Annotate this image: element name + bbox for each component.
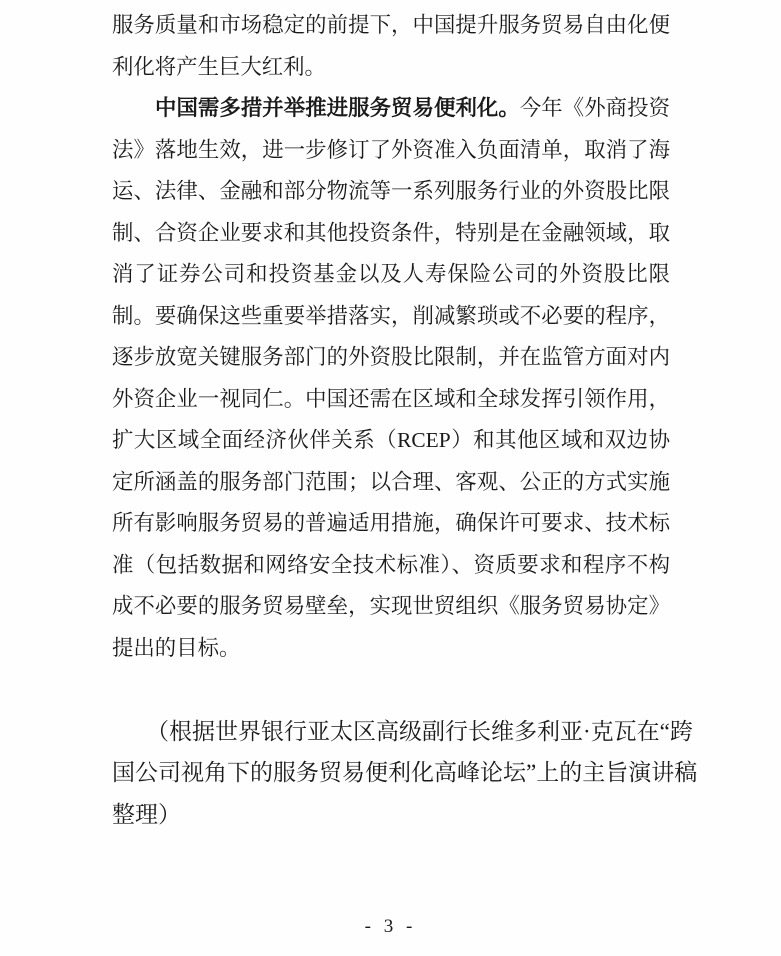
text-run: 国公司视角下的服务贸易便利化高峰论坛”上的主旨演讲稿 bbox=[112, 760, 697, 785]
document-body: 服务质量和市场稳定的前提下，中国提升服务贸易自由化便利化将产生巨大红利。中国需多… bbox=[112, 5, 670, 835]
text-line: 所有影响服务贸易的普遍适用措施，确保许可要求、技术标 bbox=[112, 503, 670, 545]
text-run: 所有影响服务贸易的普遍适用措施，确保许可要求、技术标 bbox=[112, 511, 670, 535]
text-run: 消了证券公司和投资基金以及人寿保险公司的外资股比限 bbox=[112, 262, 670, 286]
document-page: { "page": { "colors": { "background": "#… bbox=[0, 0, 781, 956]
text-line: 制。要确保这些重要举措落实，削减繁琐或不必要的程序， bbox=[112, 296, 670, 338]
text-line: （根据世界银行亚太区高级副行长维多利亚·克瓦在“跨 bbox=[112, 711, 670, 753]
para-intro-continuation: 服务质量和市场稳定的前提下，中国提升服务贸易自由化便利化将产生巨大红利。 bbox=[112, 5, 670, 88]
text-run: 运、法律、金融和部分物流等一系列服务行业的外资股比限 bbox=[112, 179, 670, 203]
text-line: 制、合资企业要求和其他投资条件，特别是在金融领域，取 bbox=[112, 213, 670, 255]
text-run: 制、合资企业要求和其他投资条件，特别是在金融领域，取 bbox=[112, 221, 670, 245]
bold-run: 中国需多措并举推进服务贸易便利化。 bbox=[155, 96, 520, 120]
text-line: 整理） bbox=[112, 794, 670, 836]
text-line: 利化将产生巨大红利。 bbox=[112, 47, 670, 89]
text-run: 准（包括数据和网络安全技术标准）、资质要求和程序不构 bbox=[112, 553, 670, 577]
paragraph-spacer bbox=[112, 669, 670, 711]
text-line: 运、法律、金融和部分物流等一系列服务行业的外资股比限 bbox=[112, 171, 670, 213]
text-line: 提出的目标。 bbox=[112, 628, 670, 670]
text-run: 今年《外商投资 bbox=[520, 96, 670, 120]
text-line: 服务质量和市场稳定的前提下，中国提升服务贸易自由化便 bbox=[112, 5, 670, 47]
text-run: 利化将产生巨大红利。 bbox=[112, 55, 326, 79]
text-line: 国公司视角下的服务贸易便利化高峰论坛”上的主旨演讲稿 bbox=[112, 752, 670, 794]
para-source-note: （根据世界银行亚太区高级副行长维多利亚·克瓦在“跨国公司视角下的服务贸易便利化高… bbox=[112, 711, 670, 836]
text-line: 法》落地生效，进一步修订了外资准入负面清单，取消了海 bbox=[112, 130, 670, 172]
text-line: 成不必要的服务贸易壁垒，实现世贸组织《服务贸易协定》 bbox=[112, 586, 670, 628]
text-line: 逐步放宽关键服务部门的外资股比限制，并在监管方面对内 bbox=[112, 337, 670, 379]
page-number: - 3 - bbox=[0, 916, 781, 938]
text-run: 成不必要的服务贸易壁垒，实现世贸组织《服务贸易协定》 bbox=[112, 594, 670, 618]
text-run: 扩大区域全面经济伙伴关系（RCEP）和其他区域和双边协 bbox=[112, 428, 670, 452]
para-main: 中国需多措并举推进服务贸易便利化。今年《外商投资法》落地生效，进一步修订了外资准… bbox=[112, 88, 670, 669]
text-line: 外资企业一视同仁。中国还需在区域和全球发挥引领作用， bbox=[112, 379, 670, 421]
text-line: 中国需多措并举推进服务贸易便利化。今年《外商投资 bbox=[112, 88, 670, 130]
text-run: （根据世界银行亚太区高级副行长维多利亚·克瓦在“跨 bbox=[146, 719, 693, 744]
text-run: 定所涵盖的服务部门范围；以合理、客观、公正的方式实施 bbox=[112, 470, 670, 494]
text-run: 法》落地生效，进一步修订了外资准入负面清单，取消了海 bbox=[112, 138, 670, 162]
text-run: 提出的目标。 bbox=[112, 636, 240, 660]
text-line: 定所涵盖的服务部门范围；以合理、客观、公正的方式实施 bbox=[112, 462, 670, 504]
text-line: 消了证券公司和投资基金以及人寿保险公司的外资股比限 bbox=[112, 254, 670, 296]
text-line: 准（包括数据和网络安全技术标准）、资质要求和程序不构 bbox=[112, 545, 670, 587]
text-run: 整理） bbox=[112, 802, 181, 827]
text-run: 服务质量和市场稳定的前提下，中国提升服务贸易自由化便 bbox=[112, 13, 670, 37]
text-line: 扩大区域全面经济伙伴关系（RCEP）和其他区域和双边协 bbox=[112, 420, 670, 462]
text-run: 外资企业一视同仁。中国还需在区域和全球发挥引领作用， bbox=[112, 387, 670, 411]
text-run: 制。要确保这些重要举措落实，削减繁琐或不必要的程序， bbox=[112, 304, 670, 328]
text-run: 逐步放宽关键服务部门的外资股比限制，并在监管方面对内 bbox=[112, 345, 670, 369]
